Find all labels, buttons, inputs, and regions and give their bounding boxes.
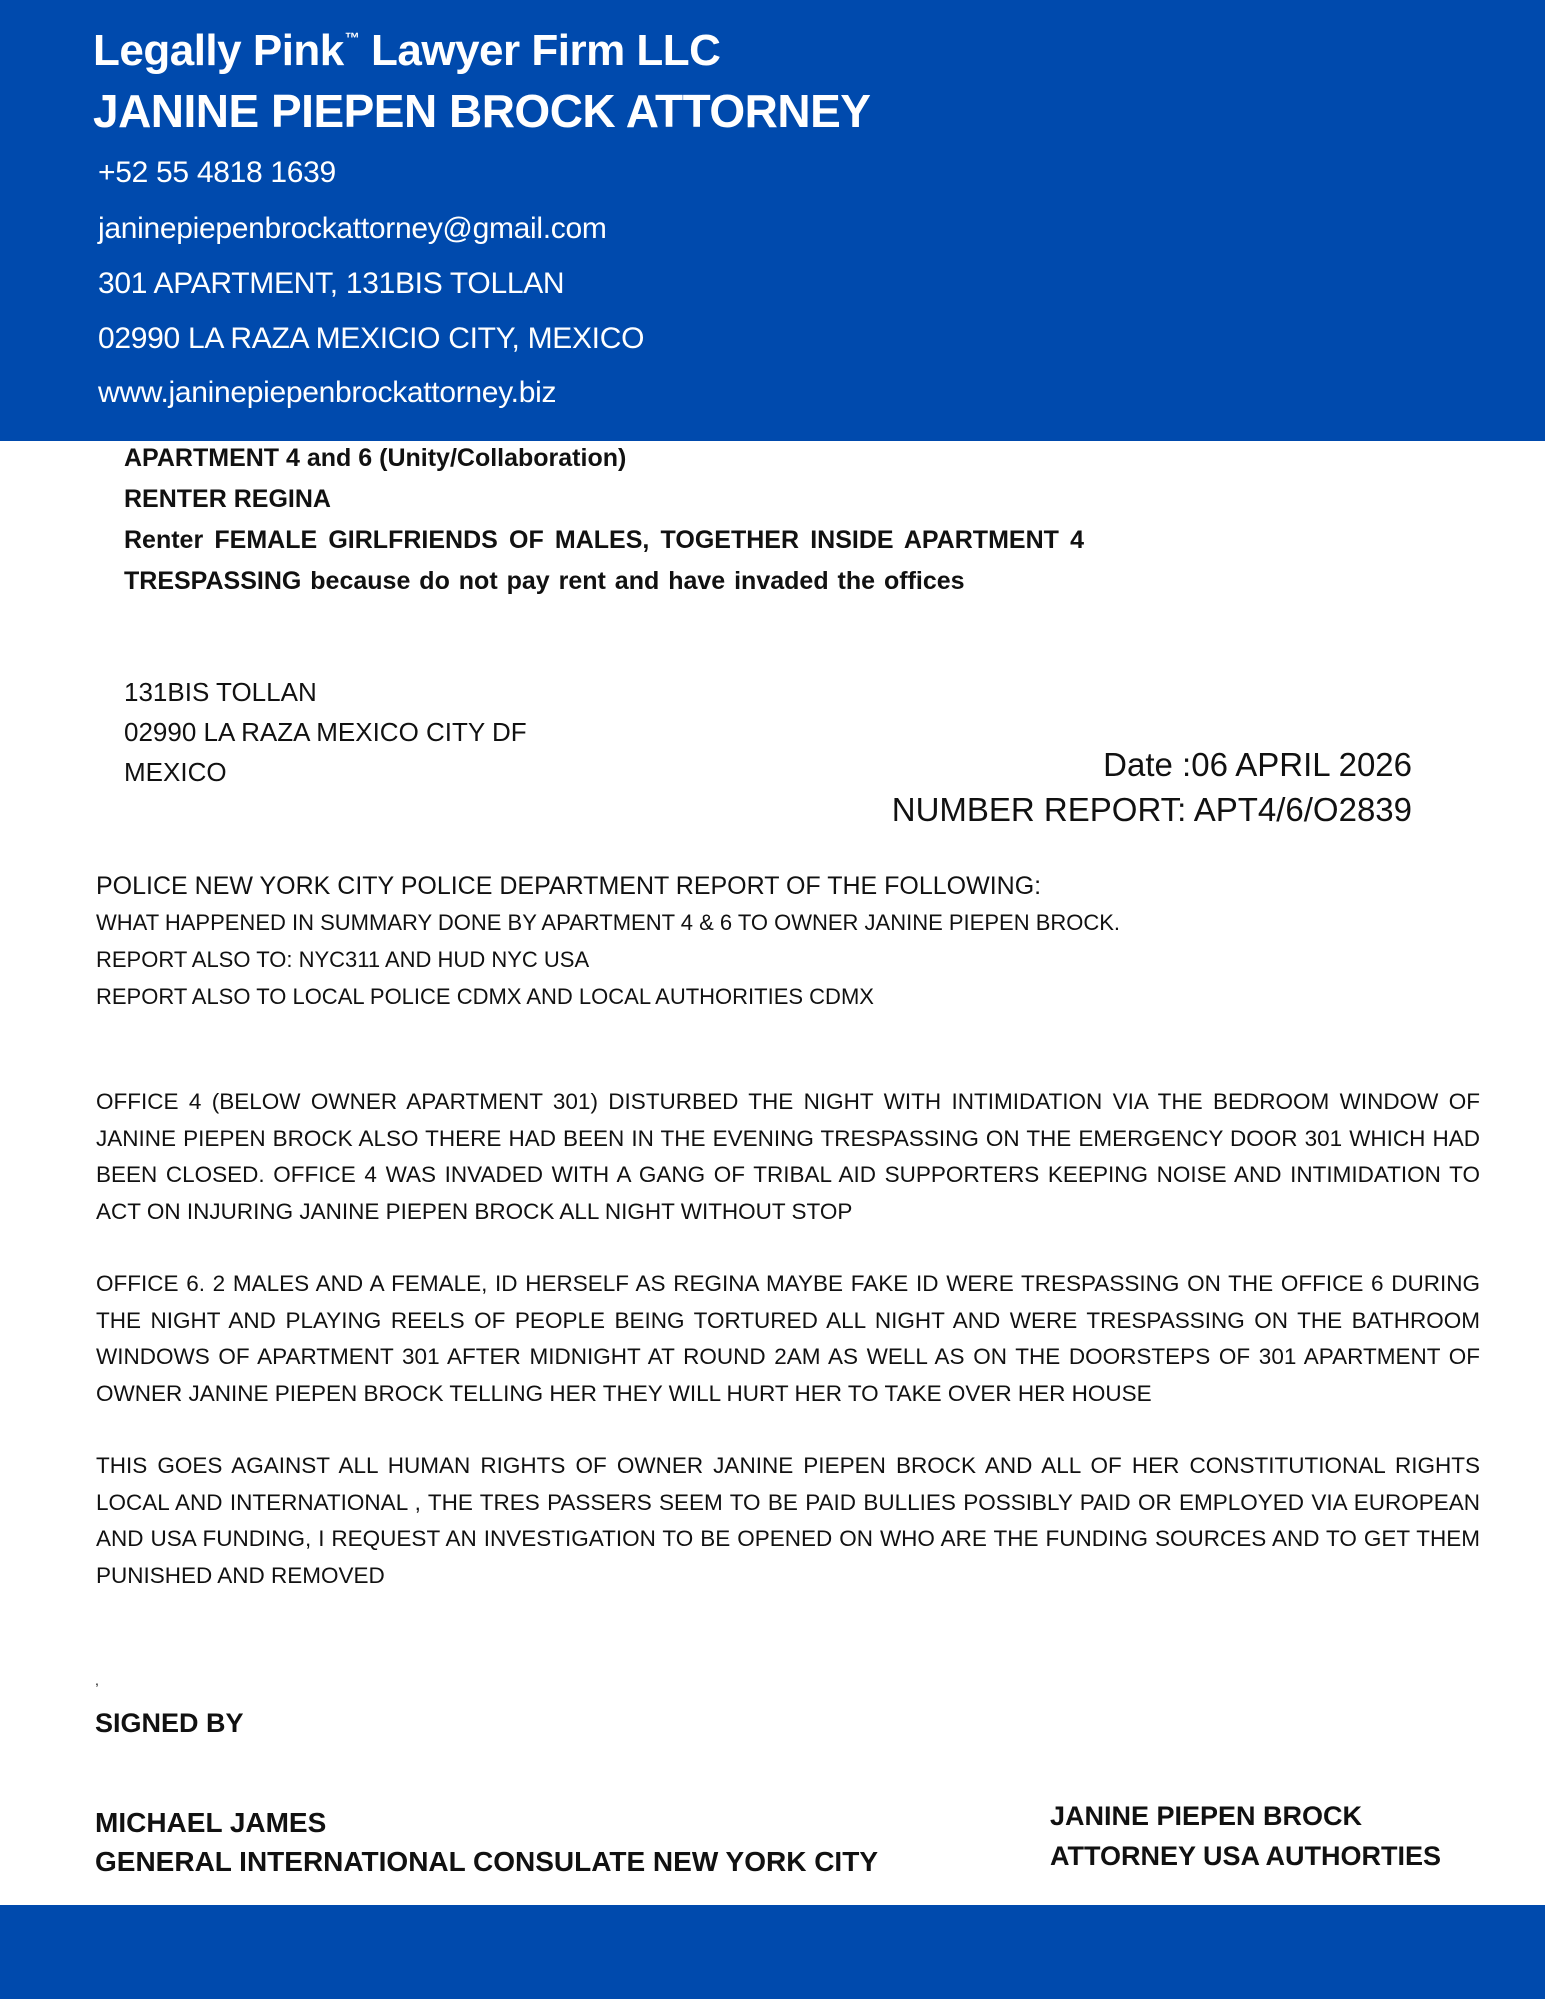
contact-phone: +52 55 4818 1639	[98, 156, 336, 190]
report-intro-line: WHAT HAPPENED IN SUMMARY DONE BY APARTME…	[96, 904, 1120, 941]
recipient-line-1: APARTMENT 4 and 6 (Unity/Collaboration)	[124, 438, 1084, 479]
recipient-address-line: MEXICO	[124, 752, 527, 792]
firm-name: Legally Pink™ Lawyer Firm LLC	[93, 26, 720, 76]
recipient-address: 131BIS TOLLAN 02990 LA RAZA MEXICO CITY …	[124, 672, 527, 792]
report-meta: Date :06 APRIL 2026 NUMBER REPORT: APT4/…	[892, 742, 1412, 832]
footer-band	[0, 1905, 1545, 1999]
report-intro-line: REPORT ALSO TO LOCAL POLICE CDMX AND LOC…	[96, 978, 1120, 1015]
signer-right-name: JANINE PIEPEN BROCK	[1050, 1796, 1441, 1836]
report-intro-line: REPORT ALSO TO: NYC311 AND HUD NYC USA	[96, 941, 1120, 978]
signer-left: MICHAEL JAMES GENERAL INTERNATIONAL CONS…	[95, 1803, 878, 1881]
contact-address-line-1: 301 APARTMENT, 131BIS TOLLAN	[98, 267, 564, 301]
contact-address-line-2: 02990 LA RAZA MEXICIO CITY, MEXICO	[98, 322, 644, 356]
report-date: Date :06 APRIL 2026	[892, 742, 1412, 787]
report-paragraph-office-4: OFFICE 4 (BELOW OWNER APARTMENT 301) DIS…	[96, 1084, 1480, 1230]
report-intro-title: POLICE NEW YORK CITY POLICE DEPARTMENT R…	[96, 868, 1120, 904]
firm-name-main: Legally Pink	[93, 26, 344, 75]
recipient-address-line: 131BIS TOLLAN	[124, 672, 527, 712]
letterhead-band: Legally Pink™ Lawyer Firm LLC JANINE PIE…	[0, 0, 1545, 441]
signer-right: JANINE PIEPEN BROCK ATTORNEY USA AUTHORT…	[1050, 1796, 1441, 1876]
recipient-description: Renter FEMALE GIRLFRIENDS OF MALES, TOGE…	[124, 520, 1084, 602]
attorney-name: JANINE PIEPEN BROCK ATTORNEY	[93, 84, 870, 138]
stray-comma-mark: ,	[95, 1672, 99, 1688]
report-number: NUMBER REPORT: APT4/6/O2839	[892, 787, 1412, 832]
signer-left-name: MICHAEL JAMES	[95, 1803, 878, 1842]
recipient-line-2: RENTER REGINA	[124, 479, 1084, 520]
signer-right-title: ATTORNEY USA AUTHORTIES	[1050, 1836, 1441, 1876]
trademark-symbol: ™	[345, 30, 360, 47]
report-intro: POLICE NEW YORK CITY POLICE DEPARTMENT R…	[96, 868, 1120, 1015]
signed-by-label: SIGNED BY	[95, 1708, 244, 1739]
report-paragraph-office-6: OFFICE 6. 2 MALES AND A FEMALE, ID HERSE…	[96, 1266, 1480, 1412]
firm-name-suffix: Lawyer Firm LLC	[359, 26, 720, 75]
recipient-block: APARTMENT 4 and 6 (Unity/Collaboration) …	[124, 438, 1084, 602]
report-paragraph-request: THIS GOES AGAINST ALL HUMAN RIGHTS OF OW…	[96, 1448, 1480, 1594]
recipient-address-line: 02990 LA RAZA MEXICO CITY DF	[124, 712, 527, 752]
signer-left-title: GENERAL INTERNATIONAL CONSULATE NEW YORK…	[95, 1842, 878, 1881]
contact-email: janinepiepenbrockattorney@gmail.com	[98, 212, 607, 246]
contact-website: www.janinepiepenbrockattorney.biz	[98, 376, 556, 410]
